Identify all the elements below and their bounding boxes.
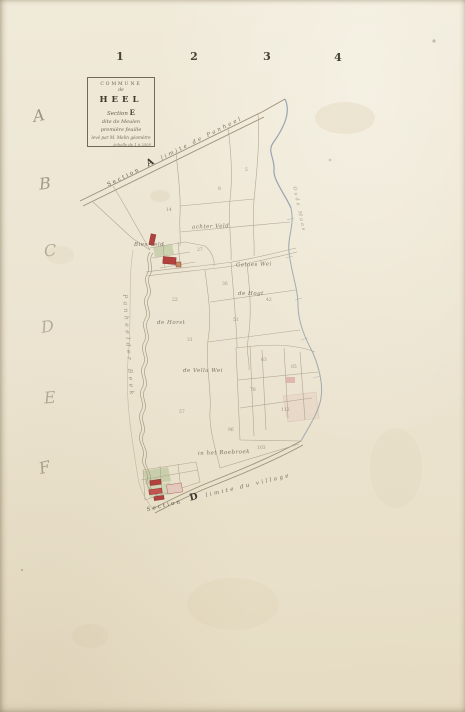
cartouche-feuille: première feuille [101, 127, 142, 133]
parcel-number: 27 [197, 248, 203, 253]
scale-number: 4 [334, 51, 342, 64]
section-letter: A [144, 156, 156, 169]
field-name-label: de Vella Wei [183, 368, 223, 374]
cartouche-dite: dite de Meulen [102, 119, 140, 125]
parcel-number: 5 [245, 168, 248, 173]
field-name-label: Bies Veld [134, 242, 164, 248]
section-letter: D [188, 491, 199, 504]
commune-boundary [262, 99, 322, 441]
stream [139, 252, 162, 499]
scale-number: 2 [190, 50, 198, 63]
row-letter: E [43, 388, 56, 408]
parcel-number: 57 [179, 410, 185, 415]
row-letter: A [31, 105, 46, 126]
cartouche-scale-note: échelle de 1 à 2500 [113, 142, 151, 147]
parcel-number: 14 [166, 208, 172, 213]
map-sheet: Commune de HEEL Section E dite de Meulen… [0, 0, 465, 712]
cartouche-de: de [118, 88, 124, 93]
scale-number: 1 [116, 50, 124, 63]
parcel-number: 36 [222, 282, 228, 287]
cartouche-surveyor: levé par M. Melin géomètre [91, 135, 150, 140]
field-name-label: de Horst [157, 320, 185, 326]
scale-number: 3 [263, 50, 271, 63]
field-name-label: de Hogt [238, 291, 264, 297]
parcel-number: 51 [233, 318, 239, 323]
parcel-number: 8 [218, 187, 221, 192]
garden-patches [143, 244, 319, 498]
row-letter: D [40, 316, 55, 337]
cartouche-commune: Commune [100, 82, 141, 87]
field-name-label: Geloes Wei [236, 261, 272, 268]
row-letter: B [38, 173, 52, 193]
parcel-number: 96 [228, 428, 234, 433]
parcel-number: 63 [261, 358, 267, 363]
cartouche-commune-name: HEEL [100, 95, 143, 105]
parcel-number: 103 [257, 446, 266, 451]
cartouche-section-letter: E [130, 108, 135, 117]
title-cartouche: Commune de HEEL Section E dite de Meulen… [87, 77, 155, 147]
cartouche-section-word: Section [107, 111, 128, 117]
parcel-number: 85 [291, 365, 297, 370]
parcel-number: 78 [250, 388, 256, 393]
parcel-number: 22 [172, 298, 178, 303]
row-letter: C [43, 241, 57, 261]
parcel-number: 42 [266, 298, 272, 303]
parcel-number: 112 [281, 408, 290, 413]
parcel-number: 31 [187, 338, 193, 343]
cartouche-section: Section E [107, 108, 135, 117]
